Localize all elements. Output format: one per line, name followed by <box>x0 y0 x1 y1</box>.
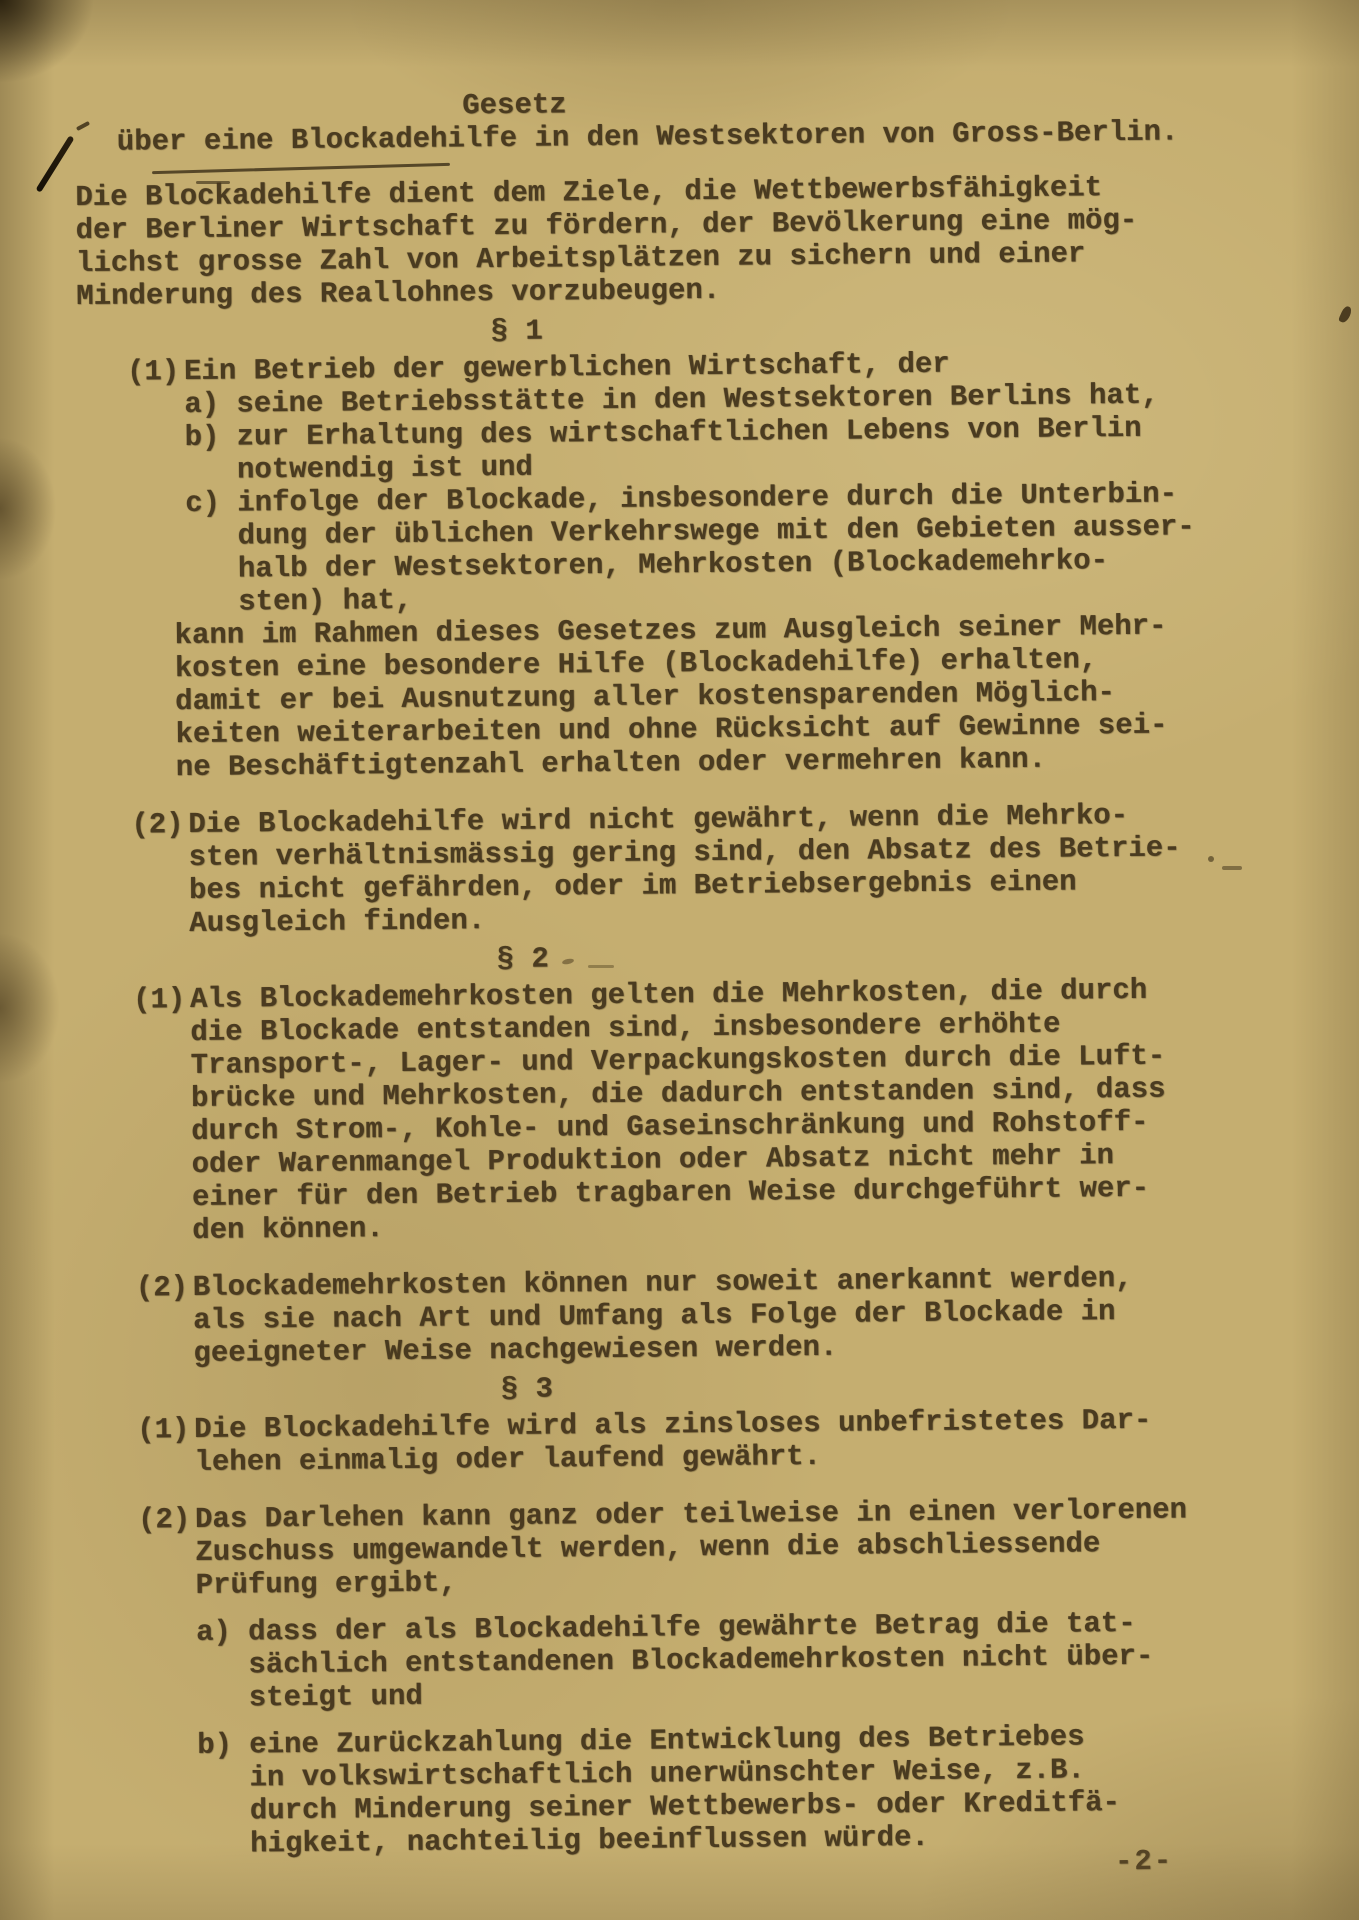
pen-comma-mark <box>1338 305 1353 324</box>
page-number: -2- <box>1115 1844 1174 1878</box>
margin-dot-mark <box>1208 856 1214 862</box>
sub-item-a: a) dass der als Blockadehilfe gewährte B… <box>196 1606 1215 1715</box>
sub-item-c: c) infolge der Blockade, insbesondere du… <box>185 477 1204 619</box>
item-outro-text: kann im Rahmen dieses Gesetzes zum Ausgl… <box>174 609 1206 784</box>
item-text: Die Blockadehilfe wird nicht gewährt, we… <box>188 798 1207 940</box>
margin-dash-mark <box>1222 866 1242 870</box>
scanned-document-page: Gesetz über eine Blockadehilfe in den We… <box>0 0 1359 1920</box>
item-label: (2) <box>138 1503 198 1862</box>
sub-item-label: a) <box>184 387 236 420</box>
item-text: Blockademehrkosten können nur soweit ane… <box>193 1261 1212 1370</box>
sub-item-b: b) eine Zurückzahlung die Entwicklung de… <box>197 1719 1216 1861</box>
item-label: (2) <box>131 808 189 941</box>
sub-item-label: c) <box>185 486 238 618</box>
sub-item-text: dass der als Blockadehilfe gewährte Betr… <box>248 1607 1154 1715</box>
item-text: Als Blockademehrkosten gelten die Mehrko… <box>190 973 1210 1247</box>
item-label: (1) <box>137 1413 195 1480</box>
sub-item-label: b) <box>197 1728 250 1860</box>
section-3-heading: § 3 <box>87 1369 967 1410</box>
sub-item-text: eine Zurückzahlung die Entwicklung des B… <box>249 1720 1120 1860</box>
item-intro-text: Das Darlehen kann ganz oder teilweise in… <box>195 1493 1214 1602</box>
pen-slash-mark <box>35 135 74 192</box>
section-2-item-1: (1) Als Blockademehrkosten gelten die Me… <box>83 973 1210 1248</box>
section-1-item-2: (2) Die Blockadehilfe wird nicht gewährt… <box>81 798 1207 941</box>
item-label: (1) <box>133 983 193 1248</box>
sub-item-text: infolge der Blockade, insbesondere durch… <box>237 477 1195 618</box>
preamble-paragraph: Die Blockadehilfe dient dem Ziele, die W… <box>75 170 1201 313</box>
item-body: Das Darlehen kann ganz oder teilweise in… <box>195 1493 1216 1861</box>
section-2-heading: § 2 <box>83 939 963 980</box>
sub-item-label: b) <box>185 420 238 486</box>
item-body: Ein Betrieb der gewerblichen Wirtschaft,… <box>184 345 1206 784</box>
section-1-item-1: (1) Ein Betrieb der gewerblichen Wirtsch… <box>77 345 1206 785</box>
section-2-item-2: (2) Blockademehrkosten können nur soweit… <box>86 1261 1212 1371</box>
section-3-item-2: (2) Das Darlehen kann ganz oder teilweis… <box>88 1493 1216 1862</box>
document-content: Gesetz über eine Blockadehilfe in den We… <box>74 82 1216 1862</box>
item-text: Die Blockadehilfe wird als zinsloses unb… <box>194 1403 1213 1479</box>
sub-item-label: a) <box>196 1615 249 1714</box>
sub-item-text: zur Erhaltung des wirtschaftlichen Leben… <box>237 412 1143 487</box>
section-3-item-1: (1) Die Blockadehilfe wird als zinsloses… <box>87 1403 1213 1480</box>
section-1-heading: § 1 <box>77 311 957 352</box>
sub-item-b: b) zur Erhaltung des wirtschaftlichen Le… <box>185 411 1204 487</box>
item-label: (2) <box>136 1271 194 1371</box>
